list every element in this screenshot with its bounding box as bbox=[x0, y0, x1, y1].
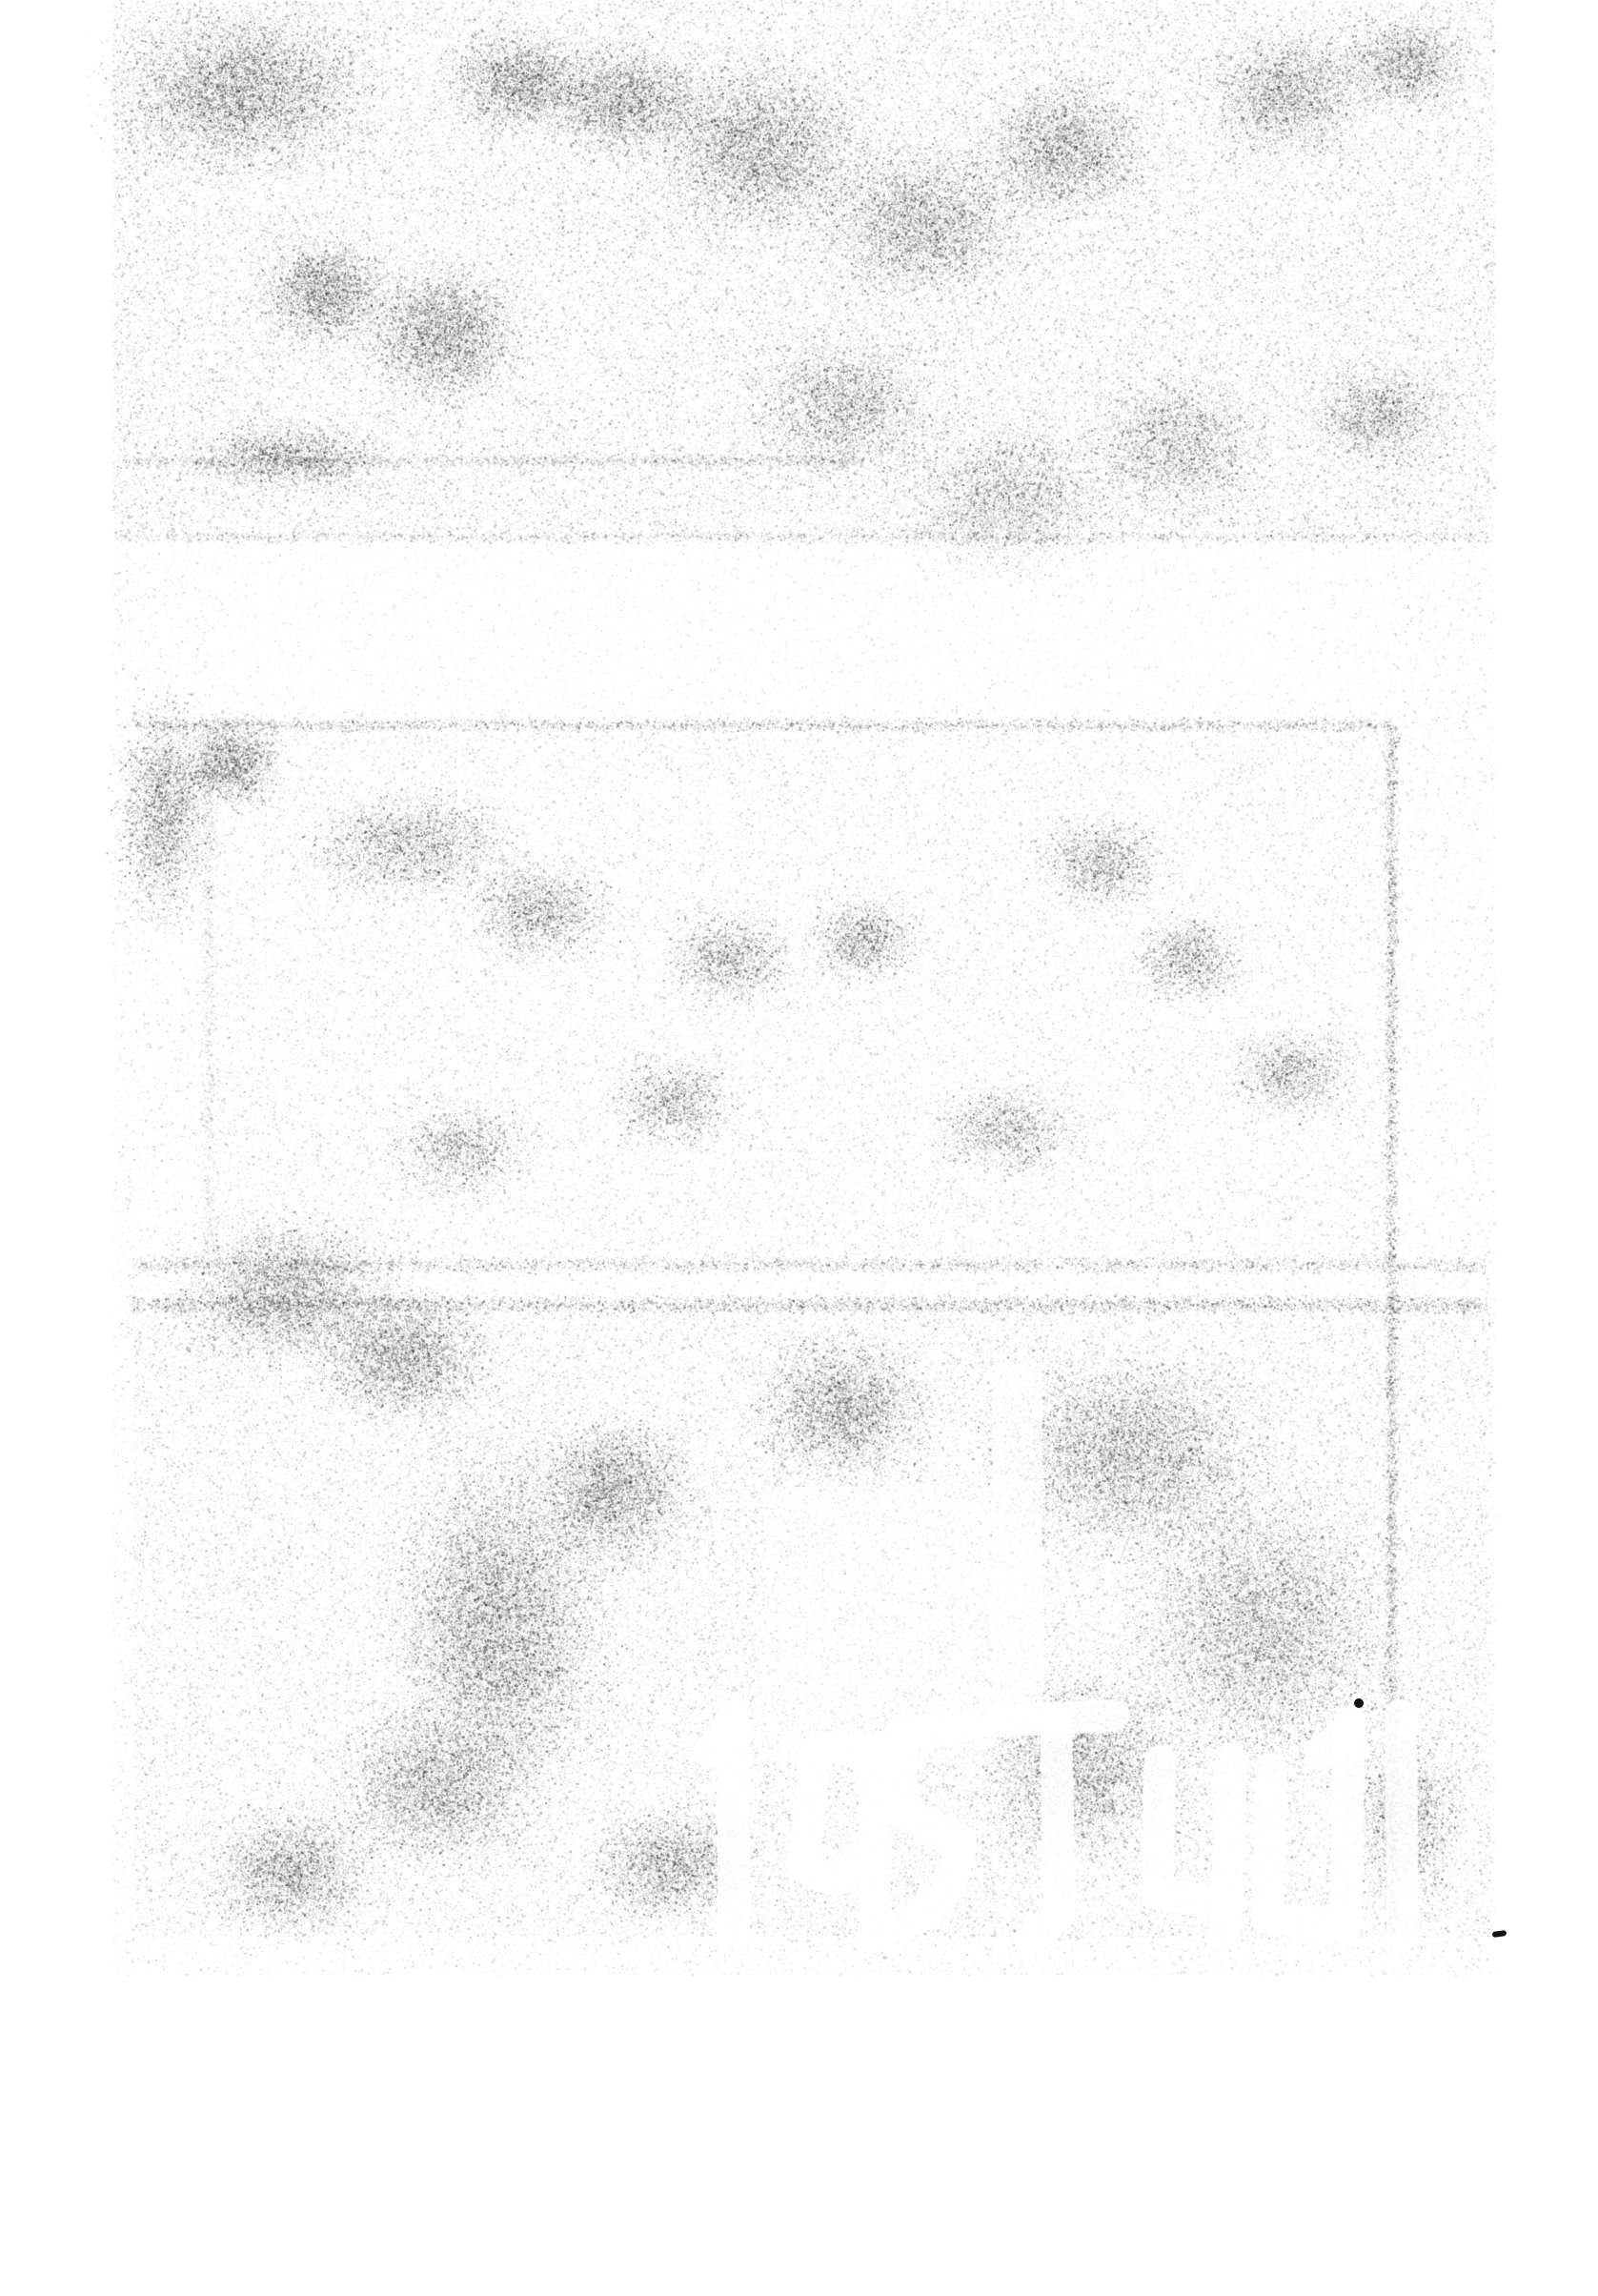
scanned-page: เสริมช bbox=[0, 0, 1598, 2296]
ink-dot bbox=[1354, 1698, 1364, 1708]
ghost-title-text: เสริมช bbox=[667, 1697, 1429, 1944]
scan-noise-texture bbox=[0, 0, 1598, 2296]
